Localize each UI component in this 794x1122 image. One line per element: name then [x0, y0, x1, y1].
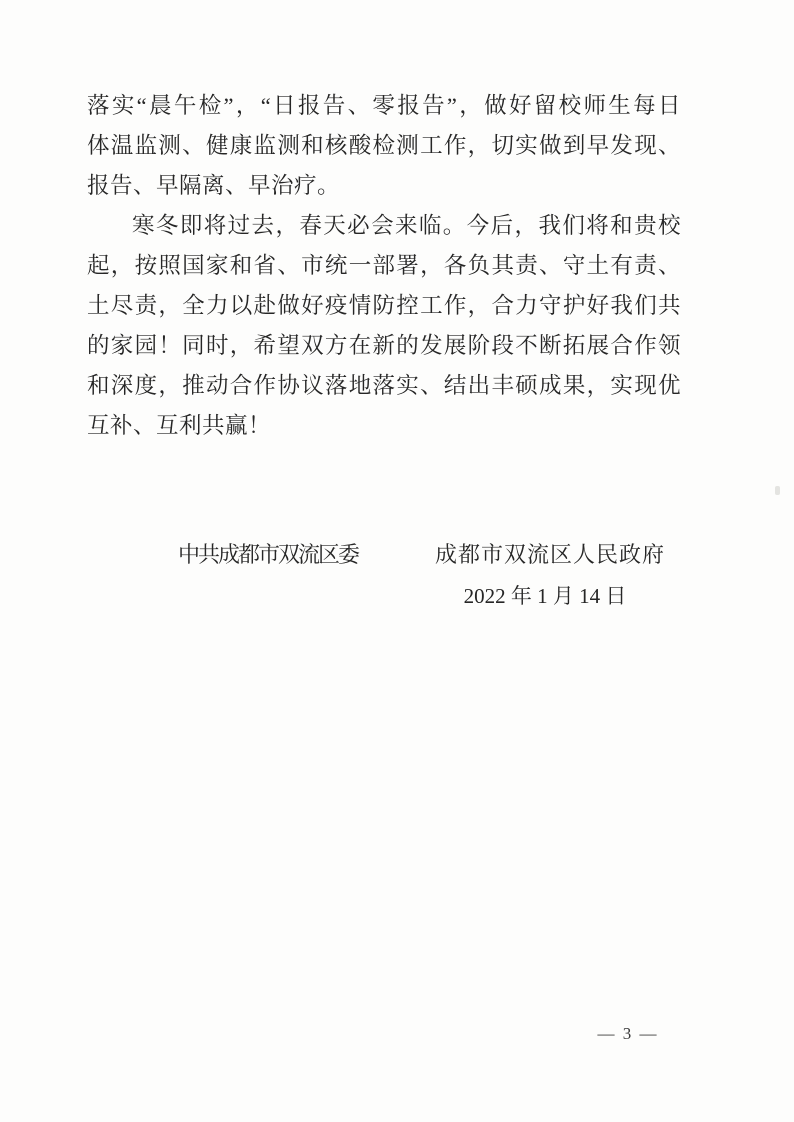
signature-right-org: 成都市双流区人民政府 — [435, 538, 665, 569]
signature-left-org: 中共成都市双流区委 — [178, 538, 358, 569]
page-number-footer: — 3 — — [558, 1024, 698, 1044]
scan-artifact-speck — [775, 486, 780, 495]
body-line: 落实“晨午检”，“日报告、零报告”，做好留校师生每日 — [87, 86, 681, 126]
body-line: 寒冬即将过去，春天必会来临。今后，我们将和贵校一 — [87, 206, 681, 246]
scanned-document-page: 落实“晨午检”，“日报告、零报告”，做好留校师生每日 体温监测、健康监测和核酸检… — [0, 0, 794, 1122]
body-text-block: 落实“晨午检”，“日报告、零报告”，做好留校师生每日 体温监测、健康监测和核酸检… — [87, 86, 681, 446]
body-line: 起，按照国家和省、市统一部署，各负其责、守土有责、守 — [87, 246, 681, 286]
body-line: 报告、早隔离、早治疗。 — [87, 166, 681, 206]
body-line: 的家园！同时，希望双方在新的发展阶段不断拓展合作领域 — [87, 326, 681, 366]
signature-date: 2022 年 1 月 14 日 — [452, 580, 638, 610]
body-line: 土尽责，全力以赴做好疫情防控工作，合力守护好我们共同 — [87, 286, 681, 326]
body-line: 和深度，推动合作协议落地落实、结出丰硕成果，实现优势 — [87, 366, 681, 406]
body-line: 互补、互利共赢！ — [87, 406, 681, 446]
body-line: 体温监测、健康监测和核酸检测工作，切实做到早发现、早 — [87, 126, 681, 166]
